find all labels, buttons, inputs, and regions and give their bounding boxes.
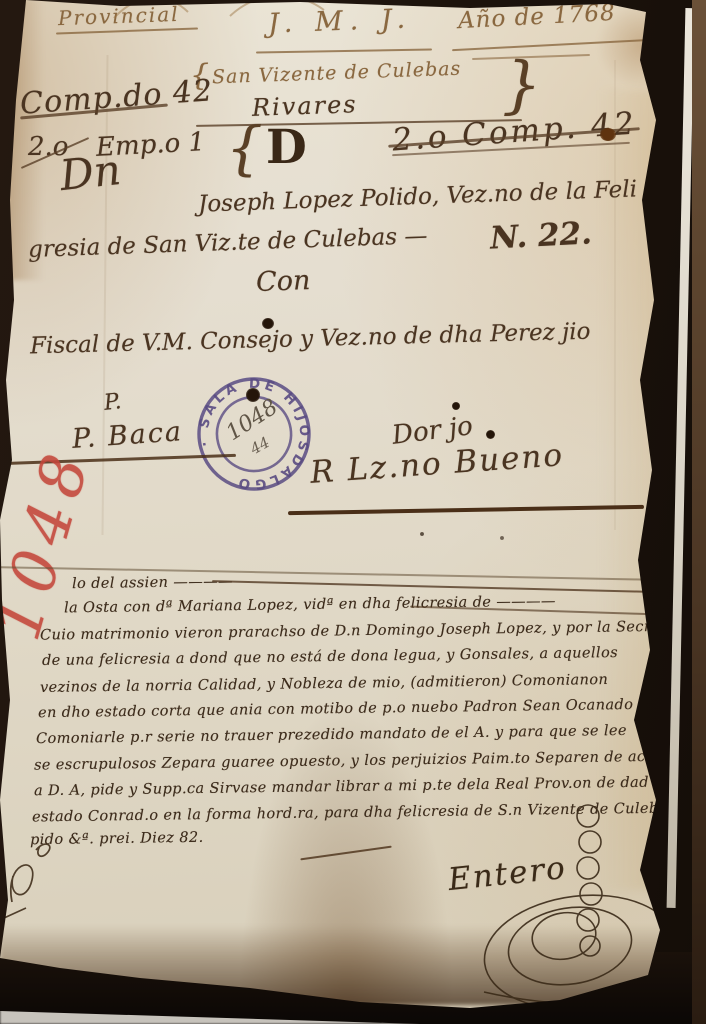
drop-cap-d: D <box>266 120 307 175</box>
fiscal-line: Fiscal de V.M. Consejo y Vez.no de dha P… <box>30 319 591 360</box>
stamp-ring-text: · SALA DE HIJOSDALGO <box>183 363 326 506</box>
signature-left-initial: P. <box>103 389 123 416</box>
signature-rule <box>288 505 644 515</box>
don-flourish: Dn <box>58 145 124 200</box>
underline <box>452 39 652 51</box>
case-number: N. 22. <box>489 215 593 256</box>
close-brace-icon: } <box>502 48 541 121</box>
brown-blot <box>600 128 616 141</box>
header-year: Año de 1768 <box>457 0 616 34</box>
body-line: Comoniarle p.r serie no trauer prezedido… <box>36 723 627 747</box>
ink-blot <box>246 388 260 402</box>
margin-paraph <box>0 838 92 922</box>
underline <box>256 48 432 53</box>
ink-speck <box>420 532 424 536</box>
word-con: Con <box>255 265 310 298</box>
closing-underline <box>300 846 391 861</box>
body-line: se escrupulosos Zepara guaree opuesto, y… <box>34 748 691 773</box>
body-line: de una felicresia a dond que no está de … <box>42 645 618 669</box>
ink-blot <box>262 318 274 329</box>
body-line: la Osta con dª Mariana Lopez, vidª en dh… <box>64 594 556 617</box>
signature-bueno: R Lz.no Bueno <box>309 437 565 491</box>
ink-speck <box>500 536 504 540</box>
right-edge-stain <box>598 90 678 890</box>
archive-stamp: · SALA DE HIJOSDALGO 1048 44 <box>178 358 330 510</box>
body-line: vezinos de la norria Calidad, y Nobleza … <box>40 672 608 696</box>
stamp-number: 1048 <box>222 395 283 446</box>
body-line: a D. A, pide y Supp.ca Sirvase mandar li… <box>34 775 649 800</box>
photo-right-border <box>692 0 706 1024</box>
paper-stack-edge <box>667 8 695 908</box>
district-name: Rivares <box>252 90 359 122</box>
body-line: en dho estado corta que ania con motibo … <box>38 697 648 722</box>
ink-blot <box>486 430 495 439</box>
stamp-sub-number: 44 <box>246 433 272 458</box>
manuscript-page: Provincial J. M. J. Año de 1768 { San Vi… <box>0 0 692 1024</box>
petitioner-parish: gresia de San Viz.te de Culebas — <box>28 223 428 263</box>
body-line: lo del assien ———— <box>72 574 233 592</box>
parish-name: San Vizente de Culebas <box>212 58 462 89</box>
top-flourish <box>110 0 330 20</box>
long-ink-stroke <box>212 580 690 593</box>
photo-of-manuscript: Provincial J. M. J. Año de 1768 { San Vi… <box>0 0 706 1024</box>
ink-blot <box>452 402 460 410</box>
svg-text:· SALA DE HIJOSDALGO: · SALA DE HIJOSDALGO <box>183 363 326 506</box>
body-line: Cuio matrimonio vieron prarachso de D.n … <box>40 618 697 643</box>
entry-brace: { <box>226 114 263 182</box>
petitioner-name: Joseph Lopez Polido, Vez.no de la Feli <box>198 176 638 217</box>
